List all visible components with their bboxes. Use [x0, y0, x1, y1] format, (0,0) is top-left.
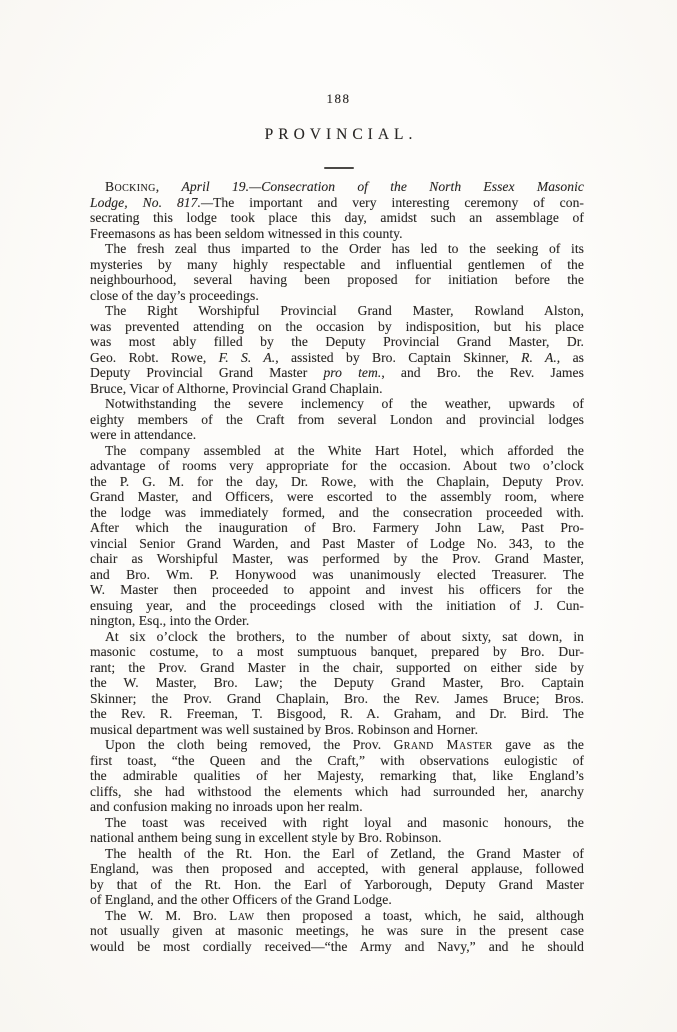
text-line: The W. M. Bro. Law then proposed a toast…	[90, 908, 584, 924]
text-segment: was most ably filled by the Deputy Provi…	[90, 334, 584, 349]
text-segment: was prevented attending on the occasion …	[90, 319, 584, 334]
text-segment: would be most cordially received—“the Ar…	[90, 939, 584, 954]
text-segment: vincial Senior Grand Warden, and Past Ma…	[90, 536, 584, 551]
text-segment: Skinner; the Prov. Grand Chaplain, Bro. …	[90, 691, 584, 706]
text-segment: the Rev. R. Freeman, T. Bisgood, R. A. G…	[90, 706, 584, 721]
small-caps-text: Grand Master	[394, 737, 493, 752]
text-segment: gave as the	[493, 737, 584, 752]
text-segment: After which the inauguration of Bro. Far…	[90, 520, 584, 535]
text-line: was most ably filled by the Deputy Provi…	[90, 334, 584, 350]
section-title: PROVINCIAL.	[0, 126, 677, 144]
text-segment: Notwithstanding the severe inclemency of…	[105, 396, 584, 411]
text-segment: secrating this lodge took place this day…	[90, 210, 584, 225]
text-line: secrating this lodge took place this day…	[90, 210, 584, 226]
text-segment: Upon the cloth being removed, the Prov.	[105, 737, 394, 752]
text-segment: were in attendance.	[90, 427, 196, 442]
text-line: by that of the Rt. Hon. the Earl of Yarb…	[90, 877, 584, 893]
title-divider-rule	[324, 167, 354, 169]
text-segment: rant; the Prov. Grand Master in the chai…	[90, 660, 584, 675]
text-line: the Rev. R. Freeman, T. Bisgood, R. A. G…	[90, 706, 584, 722]
text-segment: the P. G. M. for the day, Dr. Rowe, with…	[90, 474, 584, 489]
text-line: nington, Esq., into the Order.	[90, 613, 584, 629]
text-line: musical department was well sustained by…	[90, 722, 584, 738]
text-line: The health of the Rt. Hon. the Earl of Z…	[90, 846, 584, 862]
page-number: 188	[0, 91, 677, 107]
text-segment: and confusion making no inroads upon her…	[90, 799, 363, 814]
text-segment: W. Master then proceeded to appoint and …	[90, 582, 584, 597]
text-line: After which the inauguration of Bro. Far…	[90, 520, 584, 536]
text-line: At six o’clock the brothers, to the numb…	[90, 629, 584, 645]
text-segment: neighbourhood, several having been propo…	[90, 272, 584, 287]
text-line: The toast was received with right loyal …	[90, 815, 584, 831]
text-line: the lodge was immediately formed, and th…	[90, 505, 584, 521]
text-line: the P. G. M. for the day, Dr. Rowe, with…	[90, 474, 584, 490]
paragraph: The company assembled at the White Hart …	[90, 443, 584, 629]
italic-text: F. S. A.	[219, 350, 276, 365]
text-segment: cliffs, she had withstood the elements w…	[90, 784, 584, 799]
text-segment: At six o’clock the brothers, to the numb…	[105, 629, 584, 644]
text-segment: ensuing year, and the proceedings closed…	[90, 598, 584, 613]
text-segment: masonic costume, to a most sumptuous ban…	[90, 644, 584, 659]
text-segment: mysteries by many highly respectable and…	[90, 257, 584, 272]
text-segment: the W. Master, Bro. Law; the Deputy Gran…	[90, 675, 584, 690]
paragraph: Upon the cloth being removed, the Prov. …	[90, 737, 584, 815]
text-line: Bruce, Vicar of Althorne, Provincial Gra…	[90, 381, 584, 397]
text-line: the admirable qualities of her Majesty, …	[90, 768, 584, 784]
text-line: masonic costume, to a most sumptuous ban…	[90, 644, 584, 660]
text-line: Grand Master, and Officers, were escorte…	[90, 489, 584, 505]
text-segment: eighty members of the Craft from several…	[90, 412, 584, 427]
text-line: W. Master then proceeded to appoint and …	[90, 582, 584, 598]
text-segment: Bruce, Vicar of Althorne, Provincial Gra…	[90, 381, 383, 396]
text-line: Skinner; the Prov. Grand Chaplain, Bro. …	[90, 691, 584, 707]
text-line: England, was then proposed and accepted,…	[90, 861, 584, 877]
paragraph: At six o’clock the brothers, to the numb…	[90, 629, 584, 738]
text-line: Upon the cloth being removed, the Prov. …	[90, 737, 584, 753]
italic-text: R. A.	[521, 350, 557, 365]
text-segment: England, was then proposed and accepted,…	[90, 861, 584, 876]
text-segment: The fresh zeal thus imparted to the Orde…	[105, 241, 584, 256]
text-segment: The company assembled at the White Hart …	[105, 443, 584, 458]
text-line: vincial Senior Grand Warden, and Past Ma…	[90, 536, 584, 552]
text-line: cliffs, she had withstood the elements w…	[90, 784, 584, 800]
paragraph: The health of the Rt. Hon. the Earl of Z…	[90, 846, 584, 908]
text-line: national anthem being sung in excellent …	[90, 830, 584, 846]
paragraph: Notwithstanding the severe inclemency of…	[90, 396, 584, 443]
text-line: Bocking, April 19.—Consecration of the N…	[90, 179, 584, 195]
small-caps-text: Law	[229, 908, 254, 923]
text-line: neighbourhood, several having been propo…	[90, 272, 584, 288]
text-segment: national anthem being sung in excellent …	[90, 830, 442, 845]
text-line: the W. Master, Bro. Law; the Deputy Gran…	[90, 675, 584, 691]
text-segment: The toast was received with right loyal …	[105, 815, 584, 830]
italic-text: April 19.—Consecration of the North Esse…	[160, 179, 584, 194]
text-line: first toast, “the Queen and the Craft,” …	[90, 753, 584, 769]
text-segment: Freemasons as has been seldom witnessed …	[90, 226, 403, 241]
text-segment: first toast, “the Queen and the Craft,” …	[90, 753, 584, 768]
text-segment: close of the day’s proceedings.	[90, 288, 259, 303]
text-line: rant; the Prov. Grand Master in the chai…	[90, 660, 584, 676]
text-segment: advantage of rooms very appropriate for …	[90, 458, 584, 473]
text-segment: and Bro. Wm. P. Honywood was unanimously…	[90, 567, 584, 582]
text-segment: The Right Worshipful Provincial Grand Ma…	[105, 303, 584, 318]
text-segment: The important and very interesting cerem…	[213, 195, 584, 210]
text-line: Freemasons as has been seldom witnessed …	[90, 226, 584, 242]
text-line: and confusion making no inroads upon her…	[90, 799, 584, 815]
text-line: not usually given at masonic meetings, h…	[90, 923, 584, 939]
text-segment: then proposed a toast, which, he said, a…	[255, 908, 585, 923]
text-line: Notwithstanding the severe inclemency of…	[90, 396, 584, 412]
text-line: were in attendance.	[90, 427, 584, 443]
paragraph: The Right Worshipful Provincial Grand Ma…	[90, 303, 584, 396]
text-segment: The health of the Rt. Hon. the Earl of Z…	[105, 846, 584, 861]
text-line: Lodge, No. 817.—The important and very i…	[90, 195, 584, 211]
text-segment: not usually given at masonic meetings, h…	[90, 923, 584, 938]
text-segment: , assisted by Bro. Captain Skinner,	[275, 350, 521, 365]
text-segment: nington, Esq., into the Order.	[90, 613, 249, 628]
italic-text: pro tem.	[323, 365, 381, 380]
text-segment: the admirable qualities of her Majesty, …	[90, 768, 584, 783]
text-segment: Geo. Robt. Rowe,	[90, 350, 219, 365]
text-segment: The W. M. Bro.	[105, 908, 229, 923]
text-segment: , as	[557, 350, 584, 365]
text-line: would be most cordially received—“the Ar…	[90, 939, 584, 955]
scanned-page: 188 PROVINCIAL. Bocking, April 19.—Conse…	[0, 0, 677, 1032]
small-caps-text: Bocking,	[105, 179, 160, 194]
paragraph: The W. M. Bro. Law then proposed a toast…	[90, 908, 584, 955]
text-line: mysteries by many highly respectable and…	[90, 257, 584, 273]
text-segment: , and Bro. the Rev. James	[381, 365, 584, 380]
text-segment: Deputy Provincial Grand Master	[90, 365, 323, 380]
italic-text: Lodge, No. 817.—	[90, 195, 213, 210]
text-segment: of England, and the other Officers of th…	[90, 892, 392, 907]
text-line: The fresh zeal thus imparted to the Orde…	[90, 241, 584, 257]
paragraph: The fresh zeal thus imparted to the Orde…	[90, 241, 584, 303]
text-line: Deputy Provincial Grand Master pro tem.,…	[90, 365, 584, 381]
text-line: of England, and the other Officers of th…	[90, 892, 584, 908]
text-segment: chair as Worshipful Master, was performe…	[90, 551, 584, 566]
text-line: close of the day’s proceedings.	[90, 288, 584, 304]
text-line: ensuing year, and the proceedings closed…	[90, 598, 584, 614]
text-segment: by that of the Rt. Hon. the Earl of Yarb…	[90, 877, 584, 892]
text-line: The Right Worshipful Provincial Grand Ma…	[90, 303, 584, 319]
paragraph: The toast was received with right loyal …	[90, 815, 584, 846]
text-segment: musical department was well sustained by…	[90, 722, 478, 737]
text-line: Geo. Robt. Rowe, F. S. A., assisted by B…	[90, 350, 584, 366]
text-line: The company assembled at the White Hart …	[90, 443, 584, 459]
text-segment: the lodge was immediately formed, and th…	[90, 505, 584, 520]
text-line: advantage of rooms very appropriate for …	[90, 458, 584, 474]
article-body: Bocking, April 19.—Consecration of the N…	[90, 179, 584, 954]
text-line: and Bro. Wm. P. Honywood was unanimously…	[90, 567, 584, 583]
text-line: eighty members of the Craft from several…	[90, 412, 584, 428]
paragraph: Bocking, April 19.—Consecration of the N…	[90, 179, 584, 241]
text-line: was prevented attending on the occasion …	[90, 319, 584, 335]
text-line: chair as Worshipful Master, was performe…	[90, 551, 584, 567]
text-segment: Grand Master, and Officers, were escorte…	[90, 489, 584, 504]
